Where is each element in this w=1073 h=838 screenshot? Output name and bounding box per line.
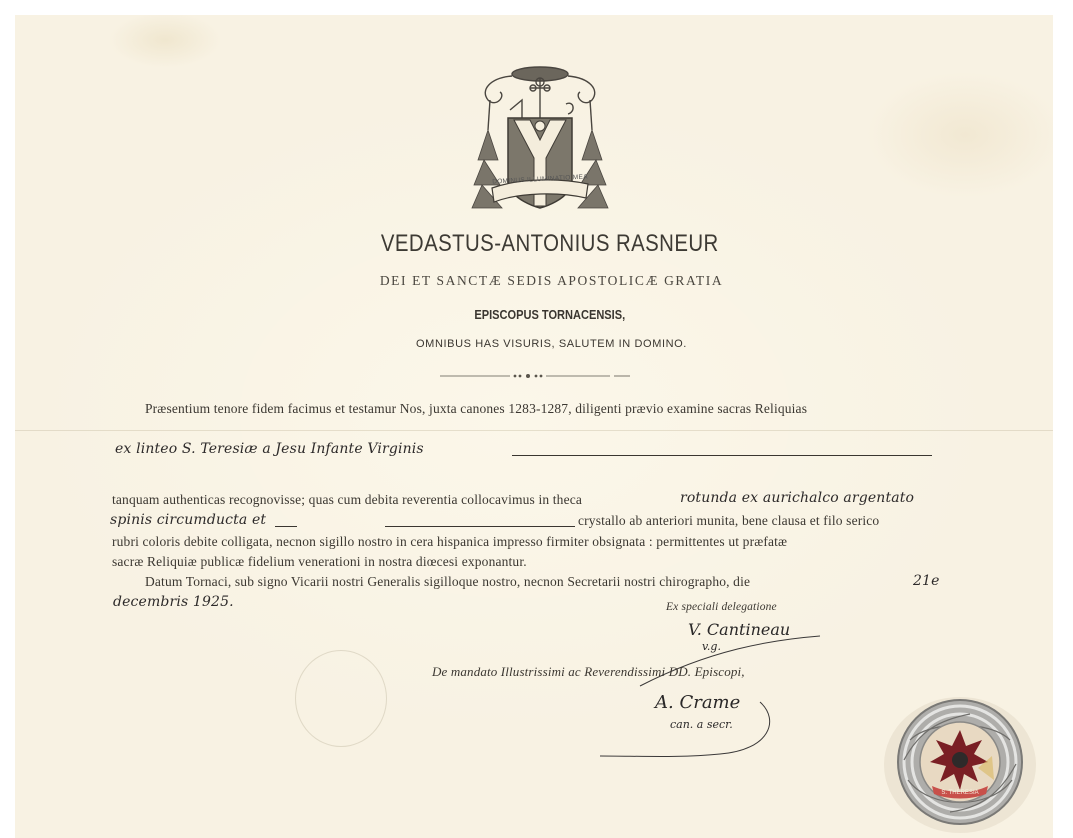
body-line-7: Datum Tornaci, sub signo Vicarii nostri … [145, 574, 750, 590]
body-line-4: crystallo ab anteriori munita, bene clau… [578, 513, 879, 529]
signature-flourish-icon [600, 700, 780, 760]
mandate-label: De mandato Illustrissimi ac Reverendissi… [432, 664, 745, 680]
reliquary-inscription: S. THERESIA [941, 790, 978, 796]
bishop-name-title: VEDASTUS-ANTONIUS RASNEUR [94, 230, 1006, 258]
body-line-5: rubri coloris debite colligata, necnon s… [112, 534, 787, 550]
header-subtitle: DEI ET SANCTÆ SEDIS APOSTOLICÆ GRATIA [15, 273, 1073, 289]
embossed-seal [295, 650, 387, 747]
episcopal-crest-icon [470, 60, 610, 220]
body-line-1: Præsentium tenore fidem facimus et testa… [145, 401, 807, 417]
body-line-6: sacræ Reliquiæ publicæ fidelium venerati… [112, 554, 527, 570]
delegation-label: Ex speciali delegatione [666, 601, 777, 613]
reliquary-medallion-icon: S. THERESIA [880, 690, 1040, 835]
fold-line [15, 430, 1053, 431]
line4-handwritten: spinis circumducta et [110, 512, 266, 528]
office-title: EPISCOPUS TORNACENSIS, [94, 307, 1006, 322]
greeting-line: OMNIBUS HAS VISURIS, SALUTEM IN DOMINO. [15, 338, 1073, 350]
fill-in-rule [512, 455, 932, 456]
fill-in-rule [385, 526, 575, 527]
body-line-3: tanquam authenticas recognovisse; quas c… [112, 492, 582, 508]
day-handwritten: 21e [913, 573, 940, 589]
theca-handwritten: rotunda ex aurichalco argentato [680, 490, 914, 506]
fill-in-rule [275, 526, 297, 527]
signature-flourish-icon [620, 630, 830, 690]
date-handwritten: decembris 1925. [113, 594, 234, 610]
relic-description-handwritten: ex linteo S. Teresiæ a Jesu Infante Virg… [115, 441, 424, 457]
ornament-divider-icon [440, 373, 630, 379]
